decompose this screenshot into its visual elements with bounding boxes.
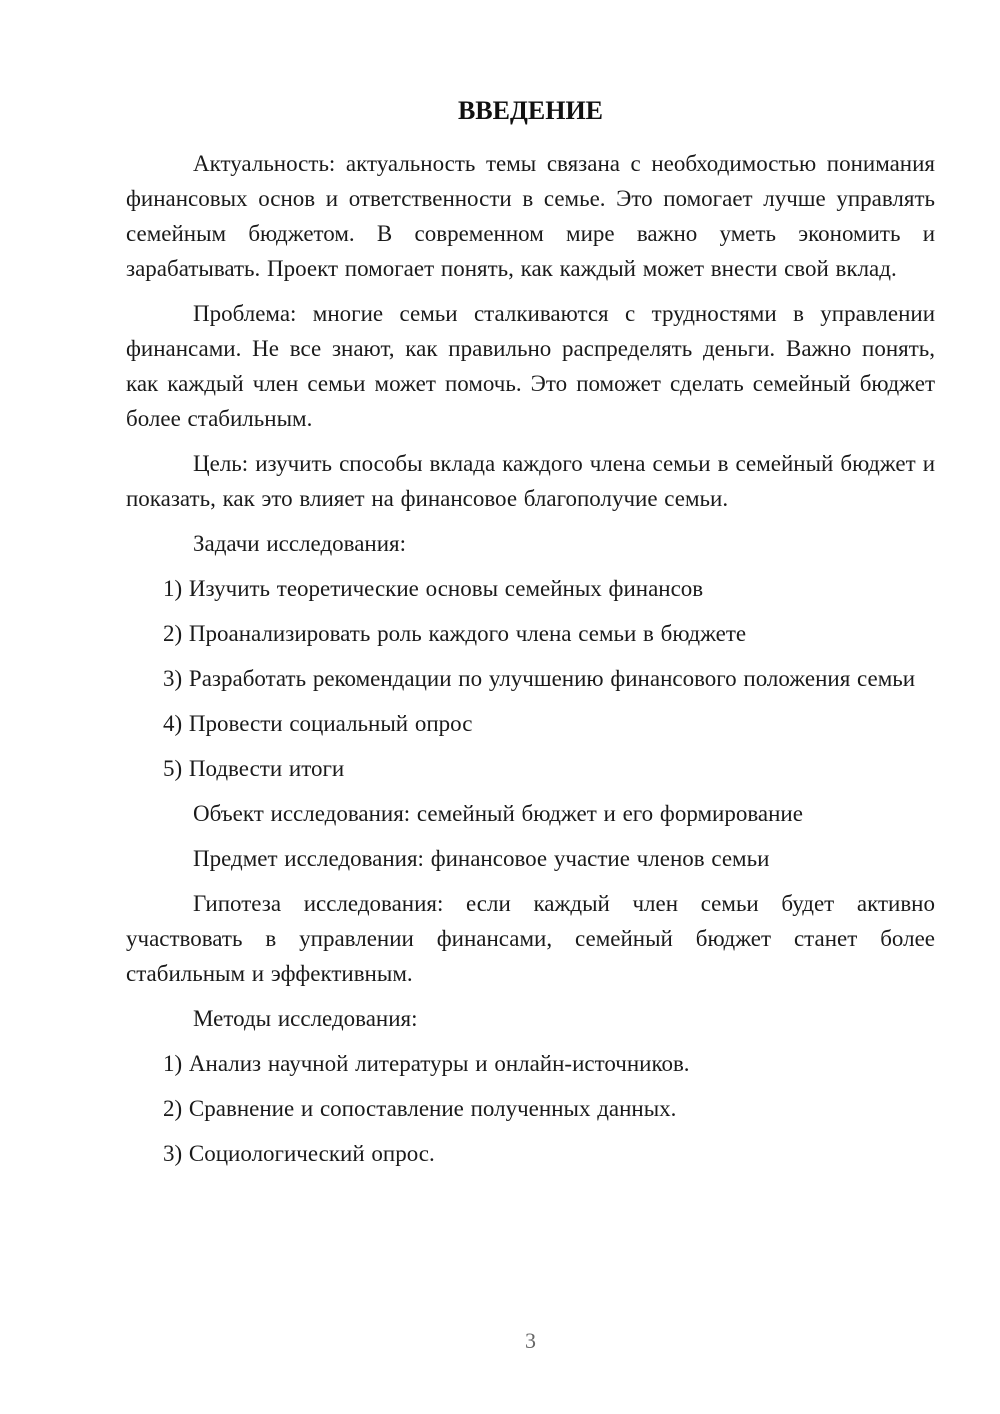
- paragraph-goal: Цель: изучить способы вклада каждого чле…: [126, 446, 935, 516]
- paragraph-hypothesis: Гипотеза исследования: если каждый член …: [126, 886, 935, 991]
- paragraph-subject: Предмет исследования: финансовое участие…: [126, 841, 935, 876]
- paragraph-object: Объект исследования: семейный бюджет и е…: [126, 796, 935, 831]
- document-page: ВВЕДЕНИЕ Актуальность: актуальность темы…: [0, 0, 1000, 1414]
- task-item-4: 4) Провести социальный опрос: [126, 706, 935, 741]
- method-item-3: 3) Социологический опрос.: [126, 1136, 935, 1171]
- method-item-1: 1) Анализ научной литературы и онлайн-ис…: [126, 1046, 935, 1081]
- methods-heading: Методы исследования:: [126, 1001, 935, 1036]
- task-item-1: 1) Изучить теоретические основы семейных…: [126, 571, 935, 606]
- task-item-3: 3) Разработать рекомендации по улучшению…: [126, 661, 935, 696]
- task-item-2: 2) Проанализировать роль каждого члена с…: [126, 616, 935, 651]
- page-title: ВВЕДЕНИЕ: [126, 90, 935, 132]
- task-item-5: 5) Подвести итоги: [126, 751, 935, 786]
- page-number: 3: [126, 1326, 935, 1356]
- paragraph-problem: Проблема: многие семьи сталкиваются с тр…: [126, 296, 935, 436]
- tasks-heading: Задачи исследования:: [126, 526, 935, 561]
- method-item-2: 2) Сравнение и сопоставление полученных …: [126, 1091, 935, 1126]
- paragraph-relevance: Актуальность: актуальность темы связана …: [126, 146, 935, 286]
